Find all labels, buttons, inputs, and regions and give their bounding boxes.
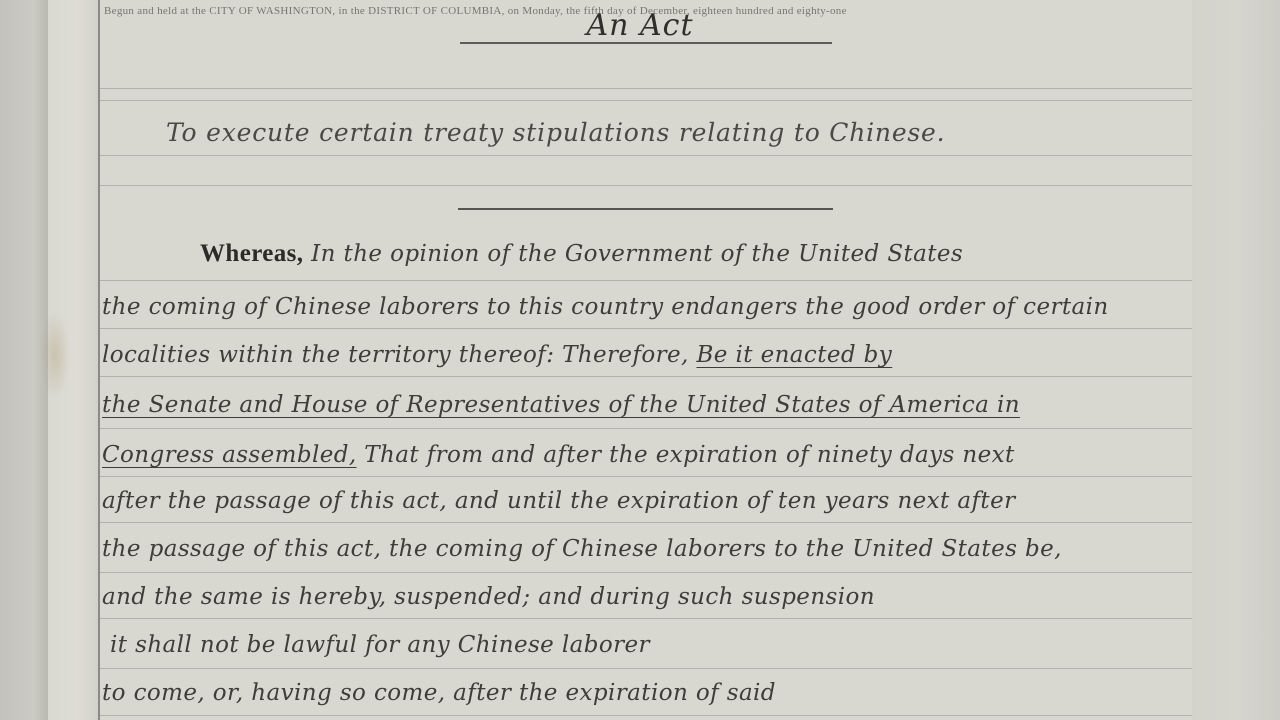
ruled-line — [100, 376, 1192, 377]
whereas-heading: Whereas, — [200, 240, 303, 267]
body-line-7: the passage of this act, the coming of C… — [102, 536, 1187, 562]
ruled-line — [100, 522, 1192, 523]
line-text: In the opinion of the Government of the … — [311, 241, 963, 267]
ruled-line — [100, 572, 1192, 573]
ruled-line — [100, 715, 1192, 716]
line-text: localities within the territory thereof:… — [102, 342, 689, 368]
line-text: it shall not be lawful for any Chinese l… — [110, 632, 650, 658]
enacting-clause: the Senate and House of Representatives … — [102, 392, 1020, 418]
ruled-line — [100, 185, 1192, 186]
ruled-line — [100, 668, 1192, 669]
title-underline — [460, 42, 832, 44]
document-page: Begun and held at the CITY OF WASHINGTON… — [98, 0, 1194, 720]
document-title: An Act — [530, 8, 750, 43]
ruled-line — [100, 428, 1192, 429]
enacting-clause: Be it enacted by — [696, 342, 892, 368]
ruled-line — [100, 328, 1192, 329]
line-text: to come, or, having so come, after the e… — [102, 680, 776, 706]
line-text: the coming of Chinese laborers to this c… — [102, 294, 1109, 320]
ruled-line — [100, 280, 1192, 281]
body-line-3: localities within the territory thereof:… — [102, 342, 1187, 368]
line-text: That from and after the expiration of ni… — [364, 442, 1014, 468]
document-subtitle: To execute certain treaty stipulations r… — [166, 118, 1186, 147]
ruled-line — [100, 155, 1192, 156]
body-line-8: and the same is hereby, suspended; and d… — [102, 584, 1187, 610]
paper-stain — [40, 310, 70, 400]
body-line-1: Whereas, In the opinion of the Governmen… — [200, 240, 1280, 268]
body-line-10: to come, or, having so come, after the e… — [102, 680, 1187, 706]
body-line-4: the Senate and House of Representatives … — [102, 392, 1187, 418]
ruled-line — [100, 100, 1192, 101]
line-text: after the passage of this act, and until… — [102, 488, 1015, 514]
ruled-line — [100, 618, 1192, 619]
body-line-2: the coming of Chinese laborers to this c… — [102, 294, 1187, 320]
enacting-clause: Congress assembled, — [102, 442, 357, 468]
body-line-6: after the passage of this act, and until… — [102, 488, 1187, 514]
line-text: the passage of this act, the coming of C… — [102, 536, 1062, 562]
body-line-5: Congress assembled, That from and after … — [102, 442, 1187, 468]
ruled-line — [100, 476, 1192, 477]
body-line-9: it shall not be lawful for any Chinese l… — [110, 632, 1195, 658]
separator-line — [458, 208, 833, 210]
right-page-margin — [1192, 0, 1280, 720]
ruled-line — [100, 88, 1192, 89]
line-text: and the same is hereby, suspended; and d… — [102, 584, 875, 610]
